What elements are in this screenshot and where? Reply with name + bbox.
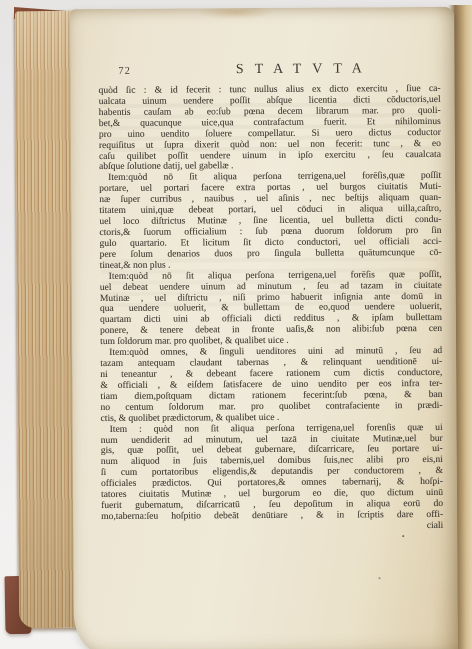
catchword: ciali	[101, 521, 445, 534]
paragraph: Item : quòd non ſit aliqua perſona terri…	[101, 422, 444, 522]
paragraph: Item:quòd nō ſit aliqua perſona terrigen…	[100, 270, 442, 349]
folio-number: 72	[118, 66, 131, 77]
page-header: 72 STATVTA	[98, 61, 440, 81]
running-title: STATVTA	[158, 61, 440, 79]
paragraph: Item:quòd nō ſit aliqua perſona terrigen…	[99, 171, 442, 271]
photo-background: 72 STATVTA quòd ſic : & id fecerit : tun…	[0, 0, 472, 649]
paragraph: Item:quòd omnes, & ſinguli uenditores ui…	[100, 346, 442, 425]
book-page: 72 STATVTA quòd ſic : & id fecerit : tun…	[70, 7, 458, 649]
paper-speck	[379, 577, 381, 579]
paragraph: quòd ſic : & id fecerit : tunc nullus al…	[99, 84, 442, 173]
paper-speck	[193, 463, 195, 465]
paper-speck	[402, 535, 404, 537]
text-block: quòd ſic : & id fecerit : tunc nullus al…	[99, 84, 444, 523]
